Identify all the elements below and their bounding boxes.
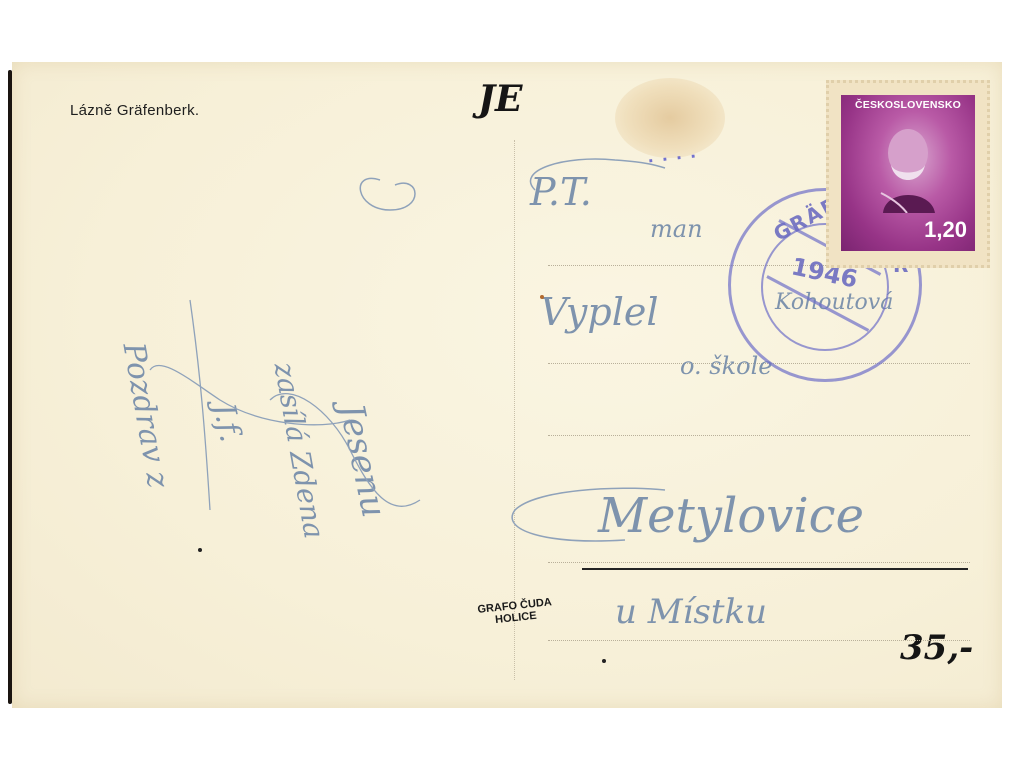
address-flourishes: [505, 150, 705, 570]
pencil-price-note: 35,-: [900, 628, 973, 668]
water-stain: [615, 78, 725, 158]
imprint-title: Lázně Gräfenberk.: [70, 102, 199, 119]
ink-spot: [198, 548, 202, 552]
card-edge-shadow: [8, 70, 12, 704]
address-district: u Místku: [615, 592, 767, 632]
pencil-note-top: JE: [478, 78, 522, 120]
ink-spot: [602, 659, 606, 663]
portrait-icon: [873, 123, 943, 213]
postage-stamp: ČESKOSLOVENSKO 1,20: [826, 80, 990, 268]
address-line-5: [548, 640, 970, 641]
stamp-country: ČESKOSLOVENSKO: [841, 99, 975, 111]
stamp-design: ČESKOSLOVENSKO 1,20: [841, 95, 975, 251]
ink-spot: [540, 295, 544, 299]
stamp-value: 1,20: [924, 217, 967, 243]
handwriting-flourishes: [140, 170, 460, 680]
